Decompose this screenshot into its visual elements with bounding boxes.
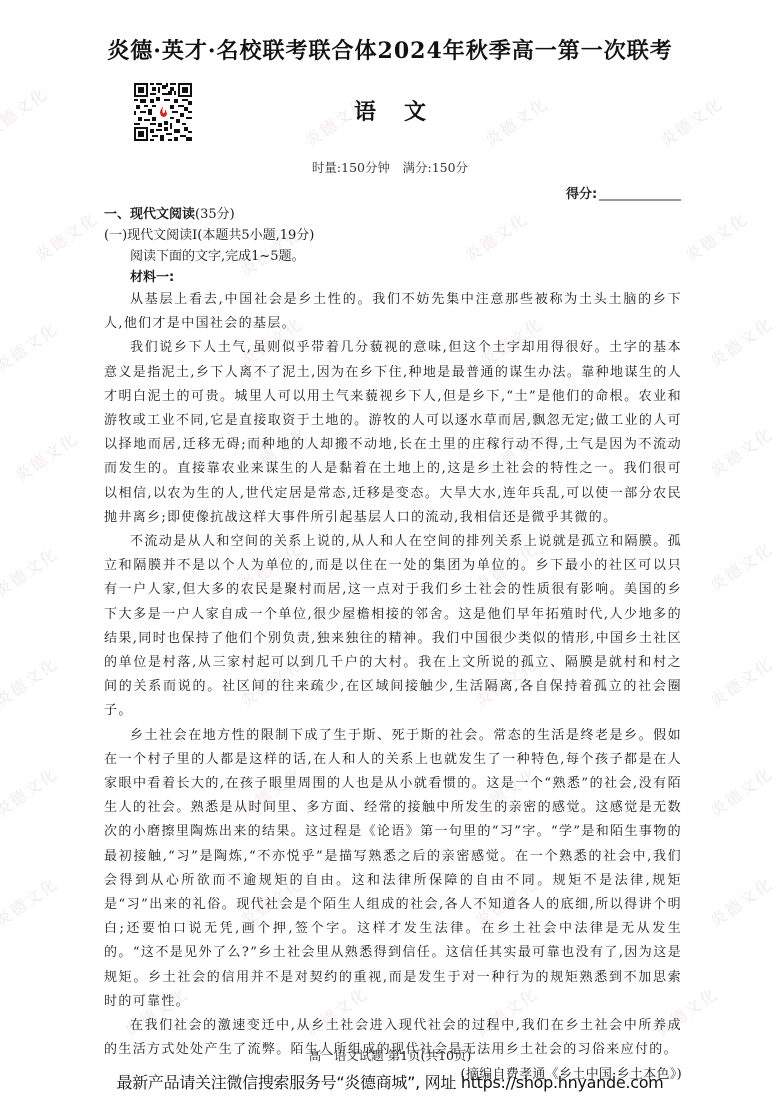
exam-title: 炎德·英才·名校联考联合体2024年秋季高一第一次联考 <box>0 34 780 65</box>
score-blank <box>599 187 681 201</box>
subject-title: 语文 <box>0 95 780 126</box>
score-field: 得分: <box>566 183 681 202</box>
paragraph: 从基层上看去,中国社会是乡土性的。我们不妨先集中注意那些被称为土头土脑的乡下人,… <box>104 288 682 336</box>
exam-meta: 时量:150分钟 满分:150分 <box>0 158 780 176</box>
section-title: 一、现代文阅读 <box>104 207 195 222</box>
reading-section: 一、现代文阅读(35分) (一)现代文阅读Ⅰ(本题共5小题,19分) 阅读下面的… <box>104 205 682 1085</box>
section-points: (35分) <box>195 207 235 222</box>
score-label: 得分: <box>566 187 597 202</box>
subsection-heading: (一)现代文阅读Ⅰ(本题共5小题,19分) <box>104 226 682 246</box>
paragraph: 不流动是从人和空间的关系上说的,从人和人在空间的排列关系上说就是孤立和隔膜。孤立… <box>104 530 682 724</box>
page-number: 高一语文试题 第1页(共10页) <box>0 1046 780 1064</box>
section-heading: 一、现代文阅读(35分) <box>104 205 682 225</box>
subject-char: 语 <box>354 100 376 125</box>
promo-footer: 最新产品请关注微信搜索服务号“炎德商城”, 网址 https://shop.hn… <box>0 1070 780 1093</box>
instruction: 阅读下面的文字,完成1~5题。 <box>104 247 682 267</box>
subject-char: 文 <box>404 100 426 125</box>
material-label: 材料一: <box>104 268 682 288</box>
paragraph: 我们说乡下人土气,虽则似乎带着几分藐视的意味,但这个土字却用得很好。土字的基本意… <box>104 336 682 530</box>
paragraph: 乡土社会在地方性的限制下成了生于斯、死于斯的社会。常态的生活是终老是乡。假如在一… <box>104 724 682 1014</box>
exam-page: 炎德·英才·名校联考联合体2024年秋季高一第一次联考 <box>0 0 780 1104</box>
